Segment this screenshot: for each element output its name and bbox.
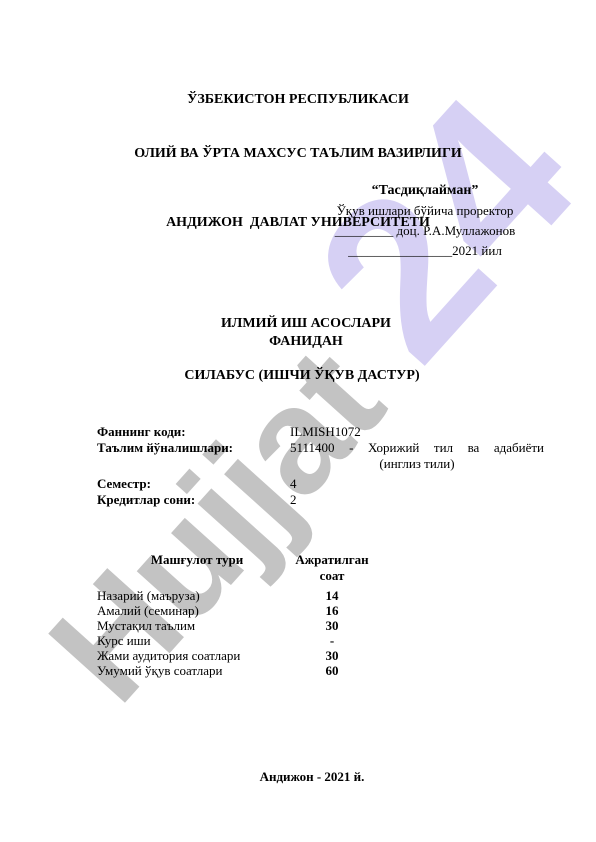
- row-value-coursework: -: [282, 633, 382, 648]
- hours-table-header-hours-line2: соат: [282, 568, 382, 584]
- hours-table-header-hours: Ажратилган соат: [282, 552, 382, 584]
- country-line: ЎЗБЕКИСТОН РЕСПУБЛИКАСИ: [0, 91, 596, 109]
- course-code-value: ILMISH1072: [290, 424, 544, 440]
- education-direction-value-line1: 5111400 - Хорижий тил ва адабиёти: [290, 440, 544, 456]
- credits-value: 2: [290, 492, 544, 508]
- hours-table-header-hours-line1: Ажратилган: [282, 552, 382, 568]
- hours-table-rows: Назарий (маъруза) 14 Амалий (семинар) 16…: [97, 588, 385, 678]
- syllabus-subtitle: СИЛАБУС (ИШЧИ ЎҚУВ ДАСТУР): [0, 368, 596, 384]
- document-content: ЎЗБЕКИСТОН РЕСПУБЛИКАСИ ОЛИЙ ВА ЎРТА МАХ…: [0, 0, 596, 842]
- row-value-lecture: 14: [282, 588, 382, 603]
- row-value-overall-total: 60: [282, 663, 382, 678]
- table-row: Амалий (семинар) 16: [97, 603, 385, 618]
- row-label-seminar: Амалий (семинар): [97, 603, 282, 618]
- approval-date-line: ________________2021 йил: [305, 241, 545, 261]
- row-label-independent: Мустақил таълим: [97, 618, 282, 633]
- credits-row: Кредитлар сони: 2: [97, 492, 544, 508]
- ministry-line: ОЛИЙ ВА ЎРТА МАХСУС ТАЪЛИМ ВАЗИРЛИГИ: [0, 145, 596, 163]
- education-direction-label: Таълим йўналишлари:: [97, 440, 290, 456]
- table-row: Умумий ўқув соатлари 60: [97, 663, 385, 678]
- approval-title: “Тасдиқлайман”: [305, 181, 545, 201]
- footer-city-year: Андижон - 2021 й.: [0, 769, 596, 785]
- education-direction-value: 5111400 - Хорижий тил ва адабиёти (ингли…: [290, 440, 544, 472]
- semester-value: 4: [290, 476, 544, 492]
- row-label-lecture: Назарий (маъруза): [97, 588, 282, 603]
- hours-table-header-type: Машғулот тури: [97, 552, 282, 584]
- approval-signature-line: _________ доц. Р.А.Муллажонов: [305, 221, 545, 241]
- semester-row: Семестр: 4: [97, 476, 544, 492]
- hours-table-header: Машғулот тури Ажратилган соат: [97, 552, 385, 584]
- row-label-coursework: Курс иши: [97, 633, 282, 648]
- table-row: Мустақил таълим 30: [97, 618, 385, 633]
- table-row: Курс иши -: [97, 633, 385, 648]
- course-title: ИЛМИЙ ИШ АСОСЛАРИ ФАНИДАН: [0, 315, 596, 351]
- course-title-line2: ФАНИДАН: [16, 333, 596, 351]
- table-row: Жами аудитория соатлари 30: [97, 648, 385, 663]
- approval-block: “Тасдиқлайман” Ўқув ишлари бўйича прорек…: [305, 181, 545, 261]
- row-label-overall-total: Умумий ўқув соатлари: [97, 663, 282, 678]
- credits-label: Кредитлар сони:: [97, 492, 290, 508]
- row-value-independent: 30: [282, 618, 382, 633]
- row-value-auditorium-total: 30: [282, 648, 382, 663]
- course-code-row: Фаннинг коди: ILMISH1072: [97, 424, 544, 440]
- course-code-label: Фаннинг коди:: [97, 424, 290, 440]
- course-title-line1: ИЛМИЙ ИШ АСОСЛАРИ: [16, 315, 596, 333]
- row-value-seminar: 16: [282, 603, 382, 618]
- approval-position-line: Ўқув ишлари бўйича проректор: [305, 201, 545, 221]
- table-row: Назарий (маъруза) 14: [97, 588, 385, 603]
- education-direction-value-line2: (инглиз тили): [290, 456, 544, 472]
- document-page: Hujjat 24 ЎЗБЕКИСТОН РЕСПУБЛИКАСИ ОЛИЙ В…: [0, 0, 596, 842]
- hours-table: Машғулот тури Ажратилган соат Назарий (м…: [97, 552, 385, 678]
- course-info-block: Фаннинг коди: ILMISH1072 Таълим йўналишл…: [97, 424, 544, 508]
- education-direction-row: Таълим йўналишлари: 5111400 - Хорижий ти…: [97, 440, 544, 472]
- semester-label: Семестр:: [97, 476, 290, 492]
- row-label-auditorium-total: Жами аудитория соатлари: [97, 648, 282, 663]
